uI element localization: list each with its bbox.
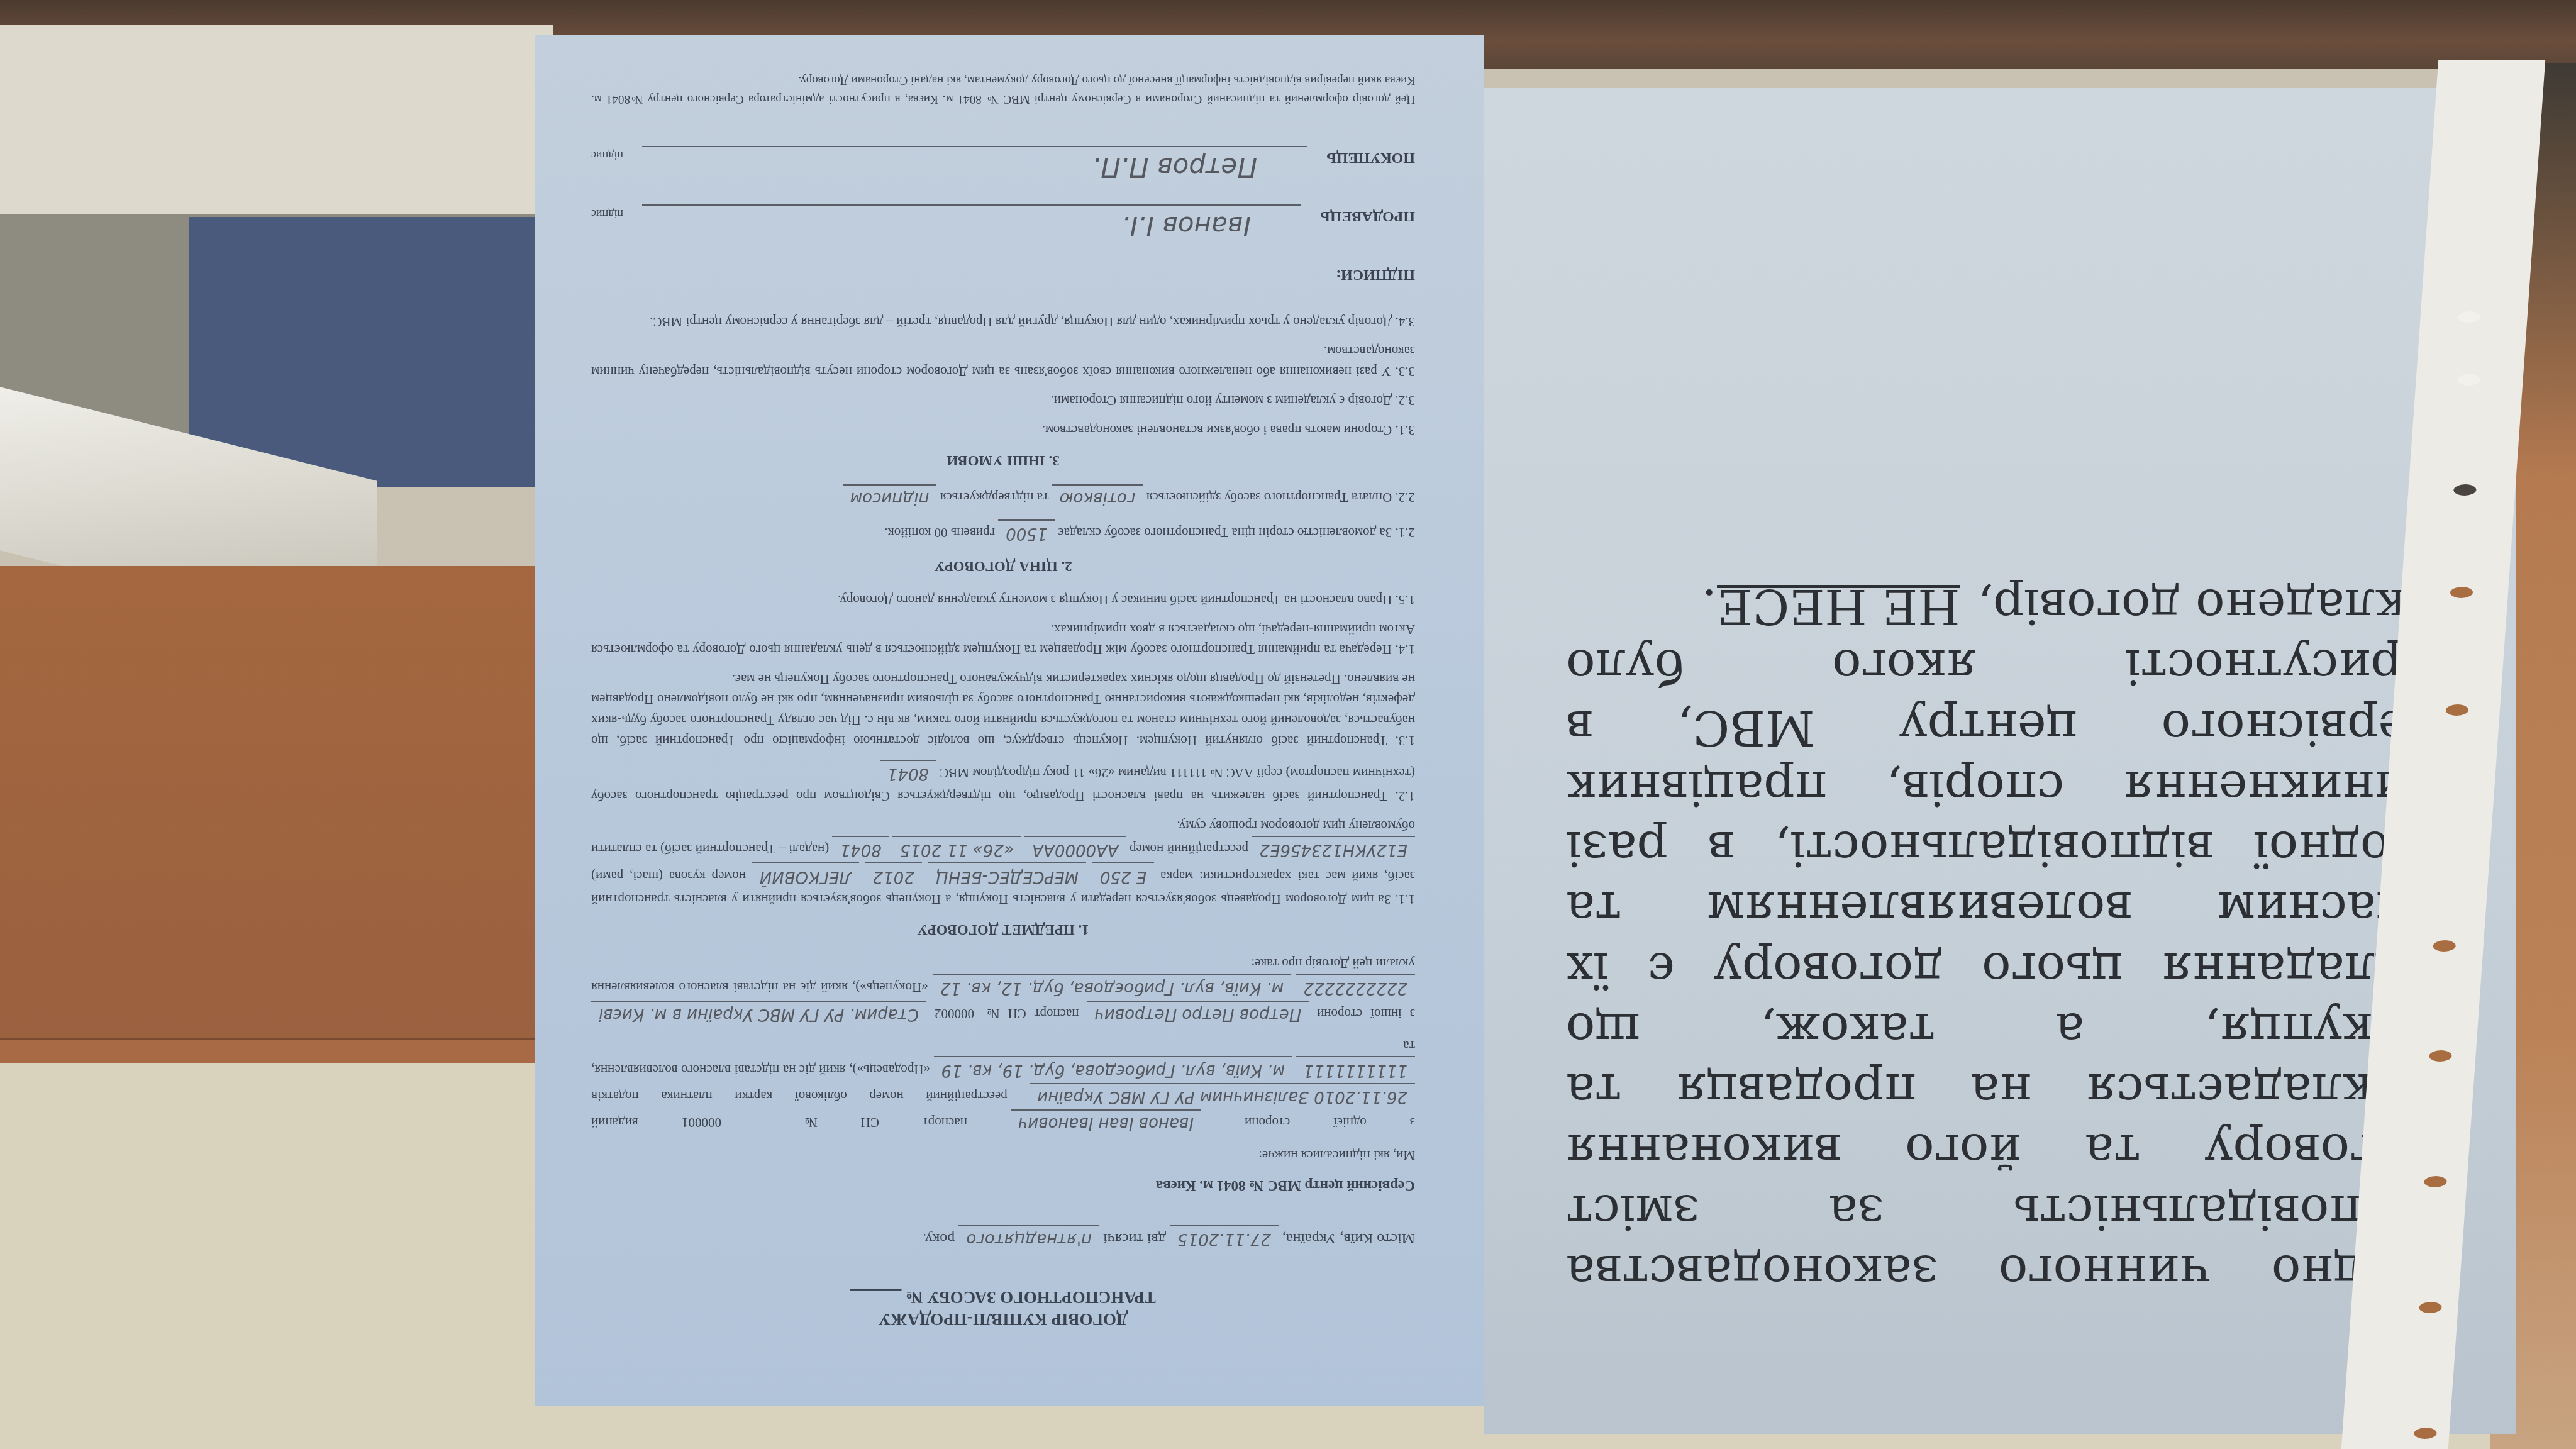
notice-line: відповідальністьзазміст [1566,1181,2434,1241]
notice-word: разі [1566,818,1668,878]
buyer-sig-caption: підпис [591,146,623,164]
section-2-heading: 2. ЦІНА ДОГОВОРУ [591,555,1415,577]
party1-prefix: з однієї сторони [1245,1115,1415,1130]
notice-line: сервісногоцентруМВС,в [1566,697,2434,757]
title-line-1: ДОГОВІР КУПІВЛІ-ПРОДАЖУ [591,1308,1415,1330]
clause-3-4: 3.4. Договір укладено у трьох примірника… [591,311,1415,332]
sleeve-hole [2419,1302,2442,1313]
clause-2-2-text: 2.2. Оплата Транспортного засобу здійсню… [1146,490,1415,505]
notice-last-suffix: . [1702,575,1717,636]
notice-word: було [1566,636,1684,696]
sleeve-hole [2429,1050,2452,1062]
notice-word: в [1707,818,1735,878]
center-number: 8041 [833,836,889,862]
party2-prefix: з іншої сторони [1317,1006,1415,1021]
contract-title: ДОГОВІР КУПІВЛІ-ПРОДАЖУ ТРАНСПОРТНОГО ЗА… [591,1286,1415,1330]
notice-word: спорів, [1886,757,2064,818]
notice-line: жодноївідповідальності,вразі [1566,818,2434,878]
notice-emphasis-text: НЕ НЕСЕ [1717,578,1960,634]
footer-note: Цей договір оформлений та підписаний Сто… [591,71,1415,108]
year-handwritten: п'ятнадцятого [958,1225,1099,1252]
clause-2-1-text: 2.1. За домовленістю сторін ціна Транспо… [1058,525,1415,540]
notice-word: в [1566,697,1593,757]
price-suffix: гривень 00 копійок. [884,525,995,540]
buyer-label: ПОКУПЕЦЬ [1326,146,1415,169]
notice-last-prefix: укладено договір, [1977,575,2434,636]
clause-1-3: 1.3. Транспортний засіб оглянутий Покупц… [591,669,1415,750]
clause-1-1: 1.1. За цим Договором Продавець зобов'яз… [591,815,1415,909]
city-label: Місто Київ, Україна, [1282,1230,1415,1246]
notice-line: покупця,атакож,що [1566,999,2434,1060]
clause-1-2-center: 8041 [880,760,936,786]
party1-issued-label: виданий [591,1115,638,1130]
clause-2-2-end: та підтверджується [940,490,1049,505]
year-suffix: року. [923,1230,955,1246]
sleeve-hole [2433,940,2456,952]
notice-line: власнимволевиявленнямта [1566,878,2434,938]
notice-line: укладанняцьогодоговоруєїх [1566,939,2434,999]
notice-word: договору [1714,939,1943,999]
service-center-label: Сервісний центр МВС № 8041 м. Києва [591,1174,1415,1197]
notice-word: продавця [1676,1060,1916,1120]
buyer-signature-row: ПОКУПЕЦЬ Петров П.П. підпис [591,146,1415,188]
party2-issued: Старим. РУ ГУ МВС України в м. Києві [591,1001,926,1027]
white-shelf [0,25,553,214]
notice-word: є [1648,939,1675,999]
vehicle-year: 2012 [865,862,922,889]
party2-tax: 2222222222 [1296,974,1415,1000]
registered-date: «26» 11 2015 [892,836,1021,862]
notice-line: покладаєтьсянапродавцята [1566,1060,2434,1120]
signatures-block: ПІДПИСИ: ПРОДАВЕЦЬ Іванов І.І. підпис ПО… [591,146,1415,286]
notice-word: на [1970,1060,2031,1120]
notice-line: виникненняспорів,працівник [1566,757,2434,818]
party2-name: Петров Петро Петрович [1087,1001,1309,1027]
party2-address: м. Київ, вул. Грибоєдова, буд. 12, кв. 1… [933,974,1291,1000]
clause-2-1: 2.1. За домовленістю сторін ціна Транспо… [591,519,1415,546]
notice-line: присутностіякогобуло [1566,636,2434,696]
vehicle-model: E 250 [1092,862,1154,889]
notice-word: присутності [2125,636,2434,696]
notice-word: що [1566,999,1640,1060]
party-1: з однієї сторони Іванов Іван Іванович па… [591,1036,1415,1136]
party1-name: Іванов Іван Іванович [1011,1109,1201,1136]
notice-word: зміст [1566,1181,1699,1241]
reg-label: реєстраційний номер [1130,841,1248,857]
sleeve-hole [2424,1176,2447,1187]
section-1-heading: 1. ПРЕДМЕТ ДОГОВОРУ [591,918,1415,941]
notice-word: та [1566,878,1622,938]
notice-line: Згідночинногозаконодавства [1566,1241,2434,1302]
notice-word: та [1566,1060,1622,1120]
title-line-2: ТРАНСПОРТНОГО ЗАСОБУ № ______ [591,1286,1415,1308]
party1-tax: 1111111111 [1296,1056,1415,1082]
wood-edge [0,1038,541,1063]
vehicle-make: МЕРСЕДЕС-БЕНЦ [928,862,1086,889]
date-handwritten: 27.11.2015 [1170,1225,1279,1252]
sleeve-hole [2458,311,2481,323]
sleeve-hole [2453,484,2477,496]
notice-word: відповідальності, [1775,818,2214,878]
seller-sig-caption: підпис [591,204,623,222]
sleeve-hole [2414,1428,2437,1439]
contract-sheet: ДОГОВІР КУПІВЛІ-ПРОДАЖУ ТРАНСПОРТНОГО ЗА… [535,35,1484,1406]
clause-3-1: 3.1. Сторони мають права і обов'язки вст… [591,419,1415,440]
sleeve-hole [2445,704,2468,716]
notice-word: чинного [1999,1241,2211,1302]
notice-word: центру [1899,697,2077,757]
date-mid: дві тисячі [1103,1230,1166,1246]
seller-signature: Іванов І.І. [642,204,1301,247]
vehicle-reg: АА0000АА [1024,836,1126,862]
payment-sign: підписом [843,484,937,511]
vin-label: номер кузова (шасі, рами) [591,869,746,884]
clause-1-2-text: 1.2. Транспортний засіб належить на прав… [591,765,1415,804]
notice-word: а [2055,999,2084,1060]
party2-passport: паспорт СН № 000002 [935,1006,1079,1021]
notice-text: Згідночинногозаконодавствавідповідальніс… [1566,636,2434,1302]
notice-word: за [1829,1181,1884,1241]
vehicle-vin: E12УКН123456E2 [1252,836,1415,862]
section-3-heading: 3. ІНШІ УМОВИ [591,449,1415,472]
notice-word: їх [1566,939,1609,999]
party1-passport: паспорт СН № 000001 [682,1115,967,1130]
photo-scene: ДОГОВІР КУПІВЛІ-ПРОДАЖУ ТРАНСПОРТНОГО ЗА… [0,0,2576,1449]
payment-method: готівкою [1052,484,1143,511]
notice-line: договорутайоговиконання [1566,1120,2434,1180]
notice-word: законодавства [1566,1241,1938,1302]
contract-city-date: Місто Київ, Україна, 27.11.2015 дві тися… [591,1225,1415,1252]
sleeve-hole [2457,374,2480,386]
notice-word: також, [1760,999,1935,1060]
clause-1-5: 1.5. Право власності на Транспортний зас… [591,590,1415,611]
notice-word: працівник [1566,757,1827,818]
party1-address: м. Київ, вул. Грибоєдова, буд. 19, кв. 1… [934,1056,1292,1082]
vehicle-type: ЛЕГКОВИЙ [752,862,859,889]
clause-1-4: 1.4. Передача та приймання Транспортного… [591,619,1415,660]
clause-3-2: 3.2. Договір є укладеним з моменту його … [591,391,1415,411]
notice-word: його [1905,1120,2021,1180]
notice-word: МВС, [1677,697,1815,757]
clause-1-2: 1.2. Транспортний засіб належить на прав… [591,760,1415,807]
notice-last-line: укладено договір, НЕ НЕСЕ. [1566,575,2434,636]
seller-label: ПРОДАВЕЦЬ [1320,204,1415,228]
notice-word: цього [1982,939,2123,999]
party1-issued: 26.11.2010 Залізничним РУ ГУ МВС України [1030,1083,1415,1109]
notice-word: виконання [1566,1120,1841,1180]
sleeve-hole [2450,587,2473,598]
notice-word: якого [1832,636,1977,696]
party1-tax-label: реєстраційний номер облікової картки пла… [591,1089,1008,1104]
signatures-heading: ПІДПИСИ: [591,263,1415,286]
seller-signature-row: ПРОДАВЕЦЬ Іванов І.І. підпис [591,204,1415,247]
price-handwritten: 1500 [998,519,1055,546]
notice-word: волевиявленням [1707,878,2132,938]
buyer-signature: Петров П.П. [642,146,1307,188]
notice-word: та [2085,1120,2141,1180]
notice-emphasis: НЕ НЕСЕ [1717,575,1960,636]
title-line-2-text: ТРАНСПОРТНОГО ЗАСОБУ № [906,1288,1156,1307]
party-2: з іншої сторони Петров Петро Петрович па… [591,953,1415,1027]
wood-panel [0,566,541,1063]
clause-3-3: 3.3. У разі невиконання або неналежного … [591,341,1415,382]
clause-2-2: 2.2. Оплата Транспортного засобу здійсню… [591,484,1415,511]
we-signed: Ми, які підписалися нижче: [591,1145,1415,1165]
